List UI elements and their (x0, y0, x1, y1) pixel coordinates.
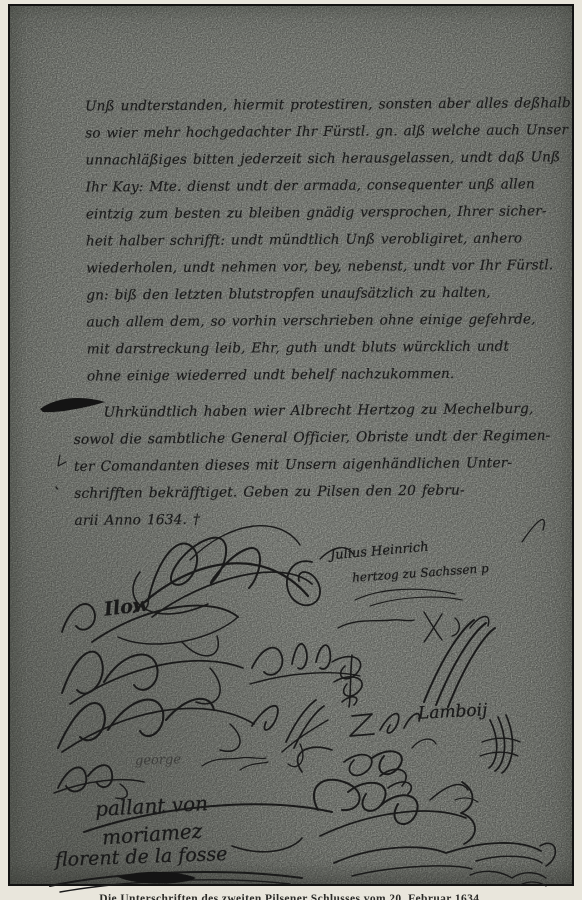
manuscript-closing-text: Uhrkündtlich haben wier Albrecht Hertzog… (73, 396, 518, 535)
manuscript-line: eintzig zum besten zu bleiben gnädig ver… (86, 198, 518, 228)
manuscript-line: sowol die sambtliche General Officier, O… (74, 423, 518, 454)
manuscript-line: mit darstreckung leib, Ehr, guth undt bl… (87, 333, 519, 363)
manuscript-line: heit halber schrifft: undt mündtlich Unß… (86, 225, 518, 255)
manuscript-line: ter Comandanten dieses mit Unsern aigenh… (74, 450, 518, 481)
manuscript-body-text: Unß undterstanden, hiermit protestiren, … (85, 90, 519, 390)
signature-george: george (135, 752, 182, 769)
manuscript-line: schrifften bekräfftiget. Geben zu Pilsen… (74, 477, 518, 508)
manuscript-line: unnachläßiges bitten jederzeit sich hera… (85, 144, 517, 174)
manuscript-line: Uhrkündtlich haben wier Albrecht Hertzog… (73, 396, 517, 427)
signature-lamboy: Lamboij (418, 700, 488, 724)
manuscript-line: ohne einige wiederred undt behelf nachzu… (87, 360, 519, 390)
manuscript-line: arii Anno 1634. † (74, 504, 518, 535)
manuscript-line: wiederholen, undt nehmen vor, bey, neben… (86, 252, 518, 282)
manuscript-line: Ihr Kay: Mte. dienst undt der armada, co… (86, 171, 518, 201)
manuscript-line: auch allem dem, so vorhin verschrieben o… (86, 306, 518, 336)
manuscript-line: gn: biß den letzten blutstropfen unaufsä… (86, 279, 518, 309)
manuscript-line: so wier mehr hochgedachter Ihr Fürstl. g… (85, 117, 517, 147)
plate-caption: Die Unterschriften des zweiten Pilsener … (0, 893, 582, 900)
manuscript-line: Unß undterstanden, hiermit protestiren, … (85, 90, 517, 120)
book-page: Unß undterstanden, hiermit protestiren, … (0, 0, 582, 900)
